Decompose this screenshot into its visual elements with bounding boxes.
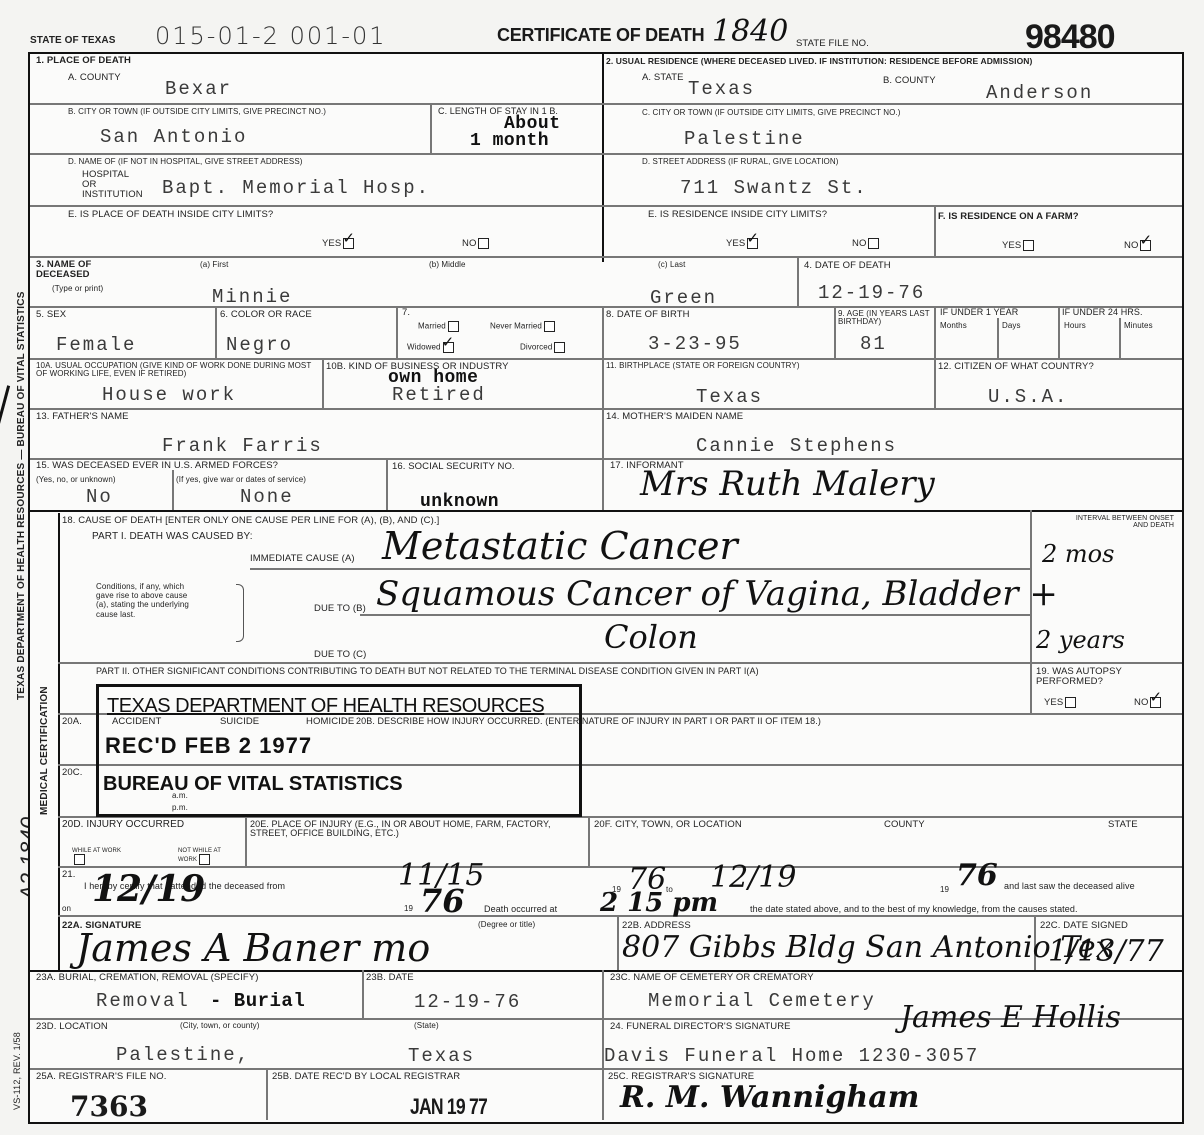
to-year-value: 76 xyxy=(956,858,998,893)
injury-city-label: 20f. CITY, TOWN, OR LOCATION xyxy=(594,820,742,830)
item-21-number: 21. xyxy=(62,870,76,880)
death-occurred-at-label: Death occurred at xyxy=(484,905,557,914)
county-label: a. COUNTY xyxy=(68,73,121,83)
col-divider xyxy=(245,816,247,866)
row-divider xyxy=(58,662,1182,664)
location-city-value: Palestine, xyxy=(116,1044,250,1066)
col-divider xyxy=(1119,318,1121,358)
yes-checkbox[interactable] xyxy=(1023,240,1034,251)
immediate-cause-label: IMMEDIATE CAUSE (a) xyxy=(250,554,355,564)
injury-state-label: STATE xyxy=(1108,820,1138,830)
length-of-stay-line2: 1 month xyxy=(470,131,549,151)
location-state-value: Texas xyxy=(408,1045,475,1067)
yes-label: YES xyxy=(322,238,341,249)
cause-line-a xyxy=(250,568,1030,570)
marital-status-number: 7. xyxy=(402,308,410,318)
yes-checkbox[interactable] xyxy=(1065,697,1076,708)
row-divider xyxy=(30,408,1182,410)
injury-occurred-label: 20d. INJURY OCCURRED xyxy=(62,820,184,831)
marital-married[interactable]: Married xyxy=(418,321,459,332)
mother-name-value: Cannie Stephens xyxy=(696,435,897,457)
birthplace-value: Texas xyxy=(696,386,763,408)
last-seen-date: 12/19 xyxy=(92,868,205,910)
hospital-value: Bapt. Memorial Hosp. xyxy=(162,177,430,199)
stamp-department: TEXAS DEPARTMENT OF HEALTH RESOURCES xyxy=(107,695,544,718)
residence-inside-city-no[interactable]: NO xyxy=(852,238,879,249)
disposition-date-label: 23b. DATE xyxy=(366,973,414,983)
occupation-label: 10a. USUAL OCCUPATION (Give kind of work… xyxy=(36,362,321,379)
street-address-value: 711 Swantz St. xyxy=(680,177,868,199)
no-checkbox-checked[interactable] xyxy=(1150,697,1161,708)
race-value: Negro xyxy=(226,334,293,356)
usual-residence-label: 2. USUAL RESIDENCE (Where deceased lived… xyxy=(606,57,1032,66)
race-label: 6. COLOR OR RACE xyxy=(220,310,312,320)
stamp-received-date: REC'D FEB 2 1977 xyxy=(105,733,312,759)
row-divider xyxy=(30,153,1182,155)
row-divider xyxy=(30,358,1182,360)
interval-a-value: 2 mos xyxy=(1042,540,1114,568)
col-divider xyxy=(797,256,799,306)
armed-forces-value: No xyxy=(86,486,113,508)
while-at-work-label: WHILE AT WORK xyxy=(72,848,121,854)
handwritten-certificate-number: 1840 xyxy=(712,14,788,49)
on-label: on xyxy=(62,905,71,913)
ssn-value: unknown xyxy=(420,492,499,512)
col-divider xyxy=(172,470,174,510)
occupation-value: House work xyxy=(102,384,236,406)
col-divider xyxy=(588,816,590,866)
autopsy-no[interactable]: NO xyxy=(1134,697,1161,708)
col-divider xyxy=(602,306,604,510)
date-signed-label: 22c. DATE SIGNED xyxy=(1040,921,1128,931)
no-label: NO xyxy=(1124,240,1138,251)
due-to-c-label: DUE TO (c) xyxy=(314,650,366,660)
interval-label: INTERVAL BETWEEN ONSET AND DEATH xyxy=(1062,515,1174,530)
disposition-method-label: 23a. BURIAL, CREMATION, REMOVAL (Specify… xyxy=(36,973,258,983)
residence-county-label: b. COUNTY xyxy=(883,76,936,86)
never-married-checkbox[interactable] xyxy=(544,321,555,332)
on-year-value: 76 xyxy=(420,882,465,920)
residence-inside-city-label: e. IS RESIDENCE INSIDE CITY LIMITS? xyxy=(648,210,827,220)
local-registrar-date-label: 25b. DATE REC'D BY LOCAL REGISTRAR xyxy=(272,1072,460,1082)
no-checkbox-checked[interactable] xyxy=(1140,240,1151,251)
form-number: VS-112, REV. 1/58 xyxy=(12,1032,22,1110)
funeral-home-value: Davis Funeral Home 1230-3057 xyxy=(604,1045,979,1067)
armed-forces-label: 15. WAS DECEASED EVER IN U.S. ARMED FORC… xyxy=(36,461,278,471)
cemetery-label: 23c. NAME OF CEMETERY OR CREMATORY xyxy=(610,973,814,983)
col-divider xyxy=(322,358,324,408)
marital-widowed[interactable]: Widowed xyxy=(407,342,454,353)
under-24-hours-label: IF UNDER 24 HRS. xyxy=(1062,308,1143,317)
residence-state-value: Texas xyxy=(688,78,755,100)
marital-divorced[interactable]: Divorced xyxy=(520,342,565,353)
first-name-label: (a) First xyxy=(200,261,228,269)
hospital-label: d. NAME OF (If not in hospital, give str… xyxy=(68,158,303,166)
location-city-hint: (City, town, or county) xyxy=(180,1022,260,1030)
married-label: Married xyxy=(418,322,446,331)
death-time-value: 2 15 pm xyxy=(600,888,718,918)
no-checkbox[interactable] xyxy=(478,238,489,249)
disposition-method-part2: - Burial xyxy=(210,990,305,1012)
married-checkbox[interactable] xyxy=(448,321,459,332)
never-married-label: Never Married xyxy=(490,322,542,331)
col-divider xyxy=(362,970,364,1018)
item-20c-number: 20c. xyxy=(62,768,82,778)
stamp-bureau: BUREAU OF VITAL STATISTICS xyxy=(103,773,403,796)
name-type-hint: (Type or print) xyxy=(52,285,103,293)
while-at-work[interactable]: WHILE AT WORK xyxy=(72,848,124,865)
state-file-label: STATE FILE NO. xyxy=(796,39,869,49)
col-divider xyxy=(215,306,217,358)
farm-label: f. IS RESIDENCE ON A FARM? xyxy=(938,212,1079,222)
immediate-cause-value: Metastatic Cancer xyxy=(382,524,738,568)
row-divider xyxy=(30,205,1182,207)
street-address-label: d. STREET ADDRESS (If rural, give locati… xyxy=(642,158,838,166)
row-divider xyxy=(30,1068,1182,1070)
middle-name-label: (b) Middle xyxy=(429,261,466,269)
section-divider xyxy=(30,510,1182,512)
col-divider xyxy=(386,458,388,510)
item-20a-number: 20a. xyxy=(62,717,82,727)
months-label: Months xyxy=(940,322,967,330)
medical-certification-label: MEDICAL CERTIFICATION xyxy=(39,686,50,815)
cemetery-value: Memorial Cemetery xyxy=(648,990,876,1012)
to-year-prefix: 19 xyxy=(940,886,949,894)
location-state-hint: (State) xyxy=(414,1022,439,1030)
margin-department-text: TEXAS DEPARTMENT OF HEALTH RESOURCES — B… xyxy=(16,291,27,700)
business-value-line2: Retired xyxy=(392,384,486,406)
under-1-year-label: IF UNDER 1 YEAR xyxy=(940,308,1018,317)
registrar-file-number: 7363 xyxy=(70,1090,148,1123)
location-label: 23d. LOCATION xyxy=(36,1022,108,1032)
col-divider xyxy=(934,306,936,408)
divorced-label: Divorced xyxy=(520,343,552,352)
city-of-death-value: San Antonio xyxy=(100,126,247,148)
local-registrar-date-value: JAN 19 77 xyxy=(410,1094,487,1120)
col-divider xyxy=(430,103,432,153)
sex-value: Female xyxy=(56,334,136,356)
col-divider xyxy=(934,205,936,256)
citizen-label: 12. CITIZEN OF WHAT COUNTRY? xyxy=(938,362,1094,372)
disposition-date-value: 12-19-76 xyxy=(414,991,521,1013)
conditions-note: Conditions, if any, which gave rise to a… xyxy=(96,582,196,619)
not-while-at-work-checkbox[interactable] xyxy=(199,854,210,865)
age-value: 81 xyxy=(860,333,887,355)
minutes-label: Minutes xyxy=(1124,322,1153,330)
no-checkbox[interactable] xyxy=(868,238,879,249)
part-1-label: PART I. DEATH WAS CAUSED BY: xyxy=(92,532,253,543)
hospital-label-2: HOSPITAL OR INSTITUTION xyxy=(82,170,142,200)
date-of-death-label: 4. DATE OF DEATH xyxy=(804,261,891,271)
registrar-file-label: 25a. REGISTRAR'S FILE NO. xyxy=(36,1072,167,1082)
cause-line-b xyxy=(360,614,1030,616)
last-name-label: (c) Last xyxy=(658,261,685,269)
father-name-label: 13. FATHER'S NAME xyxy=(36,412,129,422)
yes-label: YES xyxy=(1044,697,1063,708)
date-of-birth-label: 8. DATE OF BIRTH xyxy=(606,310,690,320)
last-name-value: Green xyxy=(650,287,717,309)
not-while-at-work[interactable]: NOT WHILE AT WORK xyxy=(178,848,236,865)
no-label: NO xyxy=(1134,697,1148,708)
autopsy-yes[interactable]: YES xyxy=(1044,697,1076,708)
hours-label: Hours xyxy=(1064,322,1086,330)
yes-checkbox-checked[interactable] xyxy=(343,238,354,249)
certifier-address: 807 Gibbs Bldg San Antonio Tex xyxy=(622,930,1113,965)
place-of-injury-label: 20e. PLACE OF INJURY (e.g., in or about … xyxy=(250,820,584,839)
yes-label: YES xyxy=(726,238,745,249)
degree-label: (Degree or title) xyxy=(478,921,535,929)
col-divider xyxy=(266,1068,268,1120)
yes-checkbox-checked[interactable] xyxy=(747,238,758,249)
place-of-death-label: 1. PLACE OF DEATH xyxy=(36,56,131,66)
divorced-checkbox[interactable] xyxy=(554,342,565,353)
knowledge-statement: the date stated above, and to the best o… xyxy=(750,905,1078,914)
margin-check-mark xyxy=(0,385,10,424)
death-inside-city-no[interactable]: NO xyxy=(462,238,489,249)
medical-strip-divider xyxy=(58,513,60,970)
date-of-birth-value: 3-23-95 xyxy=(648,333,742,355)
state-of-texas-label: STATE OF TEXAS xyxy=(30,36,115,47)
inside-city-death-label: e. IS PLACE OF DEATH INSIDE CITY LIMITS? xyxy=(68,210,273,220)
farm-yes[interactable]: YES xyxy=(1002,240,1034,251)
no-label: NO xyxy=(462,238,476,249)
name-of-deceased-label: 3. NAME OF DECEASED xyxy=(36,260,106,280)
attended-to-date: 12/19 xyxy=(710,860,796,895)
row-divider xyxy=(58,866,1182,868)
sex-label: 5. SEX xyxy=(36,310,66,320)
widowed-label: Widowed xyxy=(407,343,441,352)
col-divider xyxy=(834,306,836,358)
residence-state-label: a. STATE xyxy=(642,73,684,83)
mother-name-label: 14. MOTHER'S MAIDEN NAME xyxy=(606,412,743,422)
days-label: Days xyxy=(1002,322,1021,330)
while-at-work-checkbox[interactable] xyxy=(74,854,85,865)
informant-signature: Mrs Ruth Malery xyxy=(640,464,935,504)
last-saw-statement: and last saw the deceased alive xyxy=(1004,882,1135,891)
city-of-death-label: b. CITY OR TOWN (If outside city limits,… xyxy=(68,108,326,116)
col-divider xyxy=(1058,306,1060,358)
war-service-value: None xyxy=(240,486,294,508)
received-stamp: TEXAS DEPARTMENT OF HEALTH RESOURCES REC… xyxy=(96,684,582,817)
part-2-label: PART II. OTHER SIGNIFICANT CONDITIONS CO… xyxy=(96,667,759,676)
registrar-signature: R. M. Wannigham xyxy=(620,1080,919,1115)
disposition-method-part1: Removal xyxy=(96,990,190,1012)
funeral-director-signature: James E Hollis xyxy=(900,1000,1121,1035)
residence-inside-city-yes[interactable]: YES xyxy=(726,238,758,249)
yes-label: YES xyxy=(1002,240,1021,251)
due-to-b-value: Squamous Cancer of Vagina, Bladder + xyxy=(376,574,1058,614)
farm-no[interactable]: NO xyxy=(1124,240,1151,251)
row-divider xyxy=(30,256,1182,258)
interval-c-value: 2 years xyxy=(1036,626,1125,654)
injury-county-label: COUNTY xyxy=(884,820,925,830)
birthplace-label: 11. BIRTHPLACE (State or foreign country… xyxy=(606,362,800,370)
father-name-value: Frank Farris xyxy=(162,435,323,457)
residence-city-label: c. CITY OR TOWN (If outside city limits,… xyxy=(642,109,901,117)
date-of-death-value: 12-19-76 xyxy=(818,282,925,304)
state-codes: 015-01-2 001-01 xyxy=(155,22,387,50)
due-to-c-value: Colon xyxy=(604,618,698,656)
armed-forces-hint: (Yes, no, or unknown) xyxy=(36,476,116,484)
marital-never-married[interactable]: Never Married xyxy=(490,321,555,332)
widowed-checkbox-checked[interactable] xyxy=(443,342,454,353)
due-to-b-label: DUE TO (b) xyxy=(314,604,366,614)
bracket xyxy=(236,584,244,642)
age-label: 9. AGE (In years last birthday) xyxy=(838,310,930,327)
column-divider xyxy=(602,52,604,262)
certificate-title: CERTIFICATE OF DEATH xyxy=(497,25,704,46)
residence-city-value: Palestine xyxy=(684,128,805,150)
no-label: NO xyxy=(852,238,866,249)
autopsy-label: 19. WAS AUTOPSY PERFORMED? xyxy=(1036,667,1178,687)
war-service-hint: (If yes, give war or dates of service) xyxy=(176,476,306,484)
residence-county-value: Anderson xyxy=(986,82,1093,104)
on-year-prefix: 19 xyxy=(404,905,413,913)
ssn-label: 16. SOCIAL SECURITY NO. xyxy=(392,462,515,472)
date-signed-value: 1/13/77 xyxy=(1048,934,1164,969)
first-name-value: Minnie xyxy=(212,286,292,308)
death-inside-city-yes[interactable]: YES xyxy=(322,238,354,249)
funeral-director-label: 24. FUNERAL DIRECTOR'S SIGNATURE xyxy=(610,1022,791,1032)
certifier-signature: James A Baner mo xyxy=(76,926,430,970)
death-county-value: Bexar xyxy=(165,78,232,100)
citizen-value: U.S.A. xyxy=(988,386,1068,408)
col-divider xyxy=(617,915,619,970)
col-divider xyxy=(997,318,999,358)
col-divider xyxy=(396,306,398,358)
